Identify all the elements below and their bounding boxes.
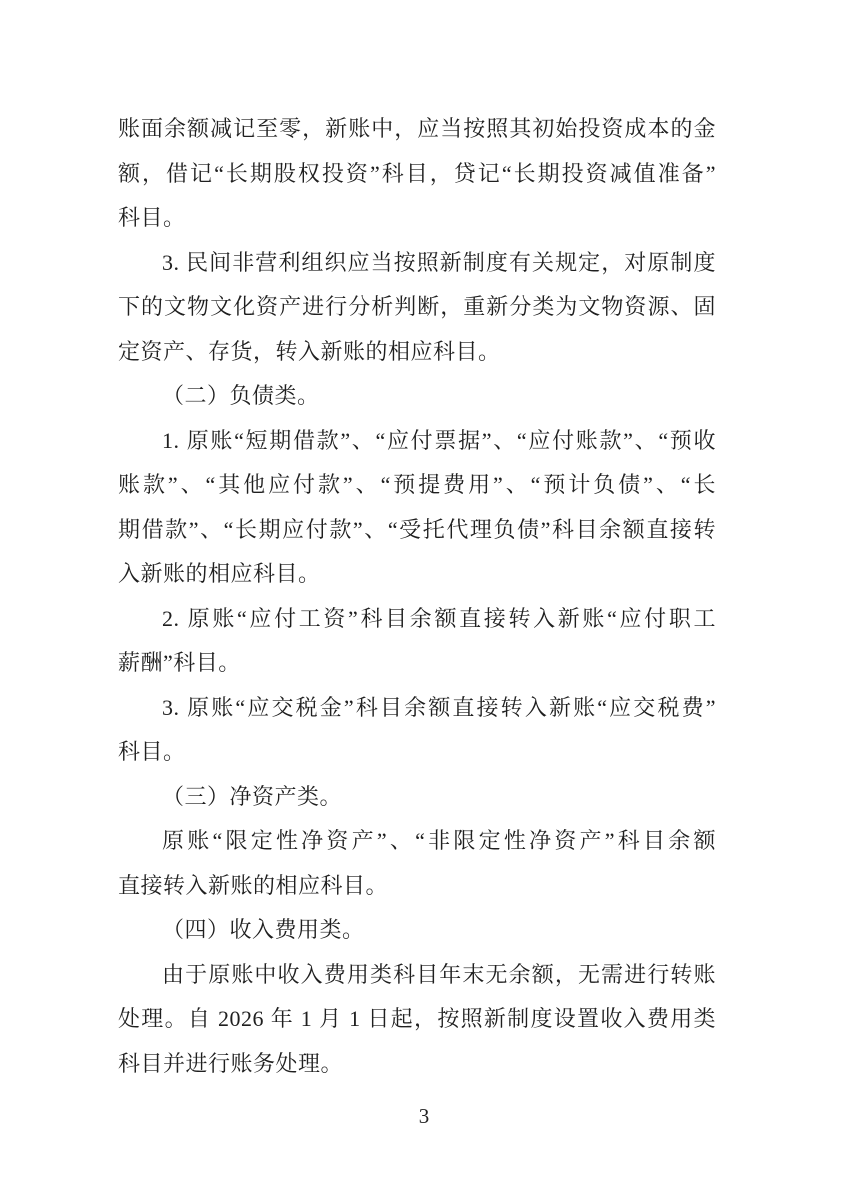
text-line: 处理。自 2026 年 1 月 1 日起，按照新制度设置收入费用类 bbox=[118, 997, 716, 1042]
text-line: 薪酬”科目。 bbox=[118, 641, 716, 686]
text-line: 原账“限定性净资产”、“非限定性净资产”科目余额 bbox=[118, 819, 716, 864]
text-line: 直接转入新账的相应科目。 bbox=[118, 864, 716, 909]
text-line: 下的文物文化资产进行分析判断，重新分类为文物资源、固 bbox=[118, 285, 716, 330]
text-line: 3. 原账“应交税金”科目余额直接转入新账“应交税费” bbox=[118, 686, 716, 731]
text-line: 由于原账中收入费用类科目年末无余额，无需进行转账 bbox=[118, 953, 716, 998]
text-line: 额，借记“长期股权投资”科目，贷记“长期投资减值准备” bbox=[118, 152, 716, 197]
text-line: （四）收入费用类。 bbox=[118, 908, 716, 953]
text-line: 科目。 bbox=[118, 730, 716, 775]
text-line: 科目并进行账务处理。 bbox=[118, 1042, 716, 1087]
text-line: 科目。 bbox=[118, 196, 716, 241]
text-line: 3. 民间非营利组织应当按照新制度有关规定，对原制度 bbox=[118, 241, 716, 286]
document-page: 账面余额减记至零，新账中，应当按照其初始投资成本的金额，借记“长期股权投资”科目… bbox=[0, 0, 848, 1200]
document-body: 账面余额减记至零，新账中，应当按照其初始投资成本的金额，借记“长期股权投资”科目… bbox=[118, 107, 716, 1086]
text-line: 1. 原账“短期借款”、“应付票据”、“应付账款”、“预收 bbox=[118, 419, 716, 464]
text-line: 定资产、存货，转入新账的相应科目。 bbox=[118, 330, 716, 375]
text-line: （二）负债类。 bbox=[118, 374, 716, 419]
text-line: 期借款”、“长期应付款”、“受托代理负债”科目余额直接转 bbox=[118, 508, 716, 553]
page-number: 3 bbox=[0, 1104, 848, 1129]
text-line: 入新账的相应科目。 bbox=[118, 552, 716, 597]
text-line: （三）净资产类。 bbox=[118, 775, 716, 820]
text-line: 账面余额减记至零，新账中，应当按照其初始投资成本的金 bbox=[118, 107, 716, 152]
text-line: 2. 原账“应付工资”科目余额直接转入新账“应付职工 bbox=[118, 597, 716, 642]
text-line: 账款”、“其他应付款”、“预提费用”、“预计负债”、“长 bbox=[118, 463, 716, 508]
